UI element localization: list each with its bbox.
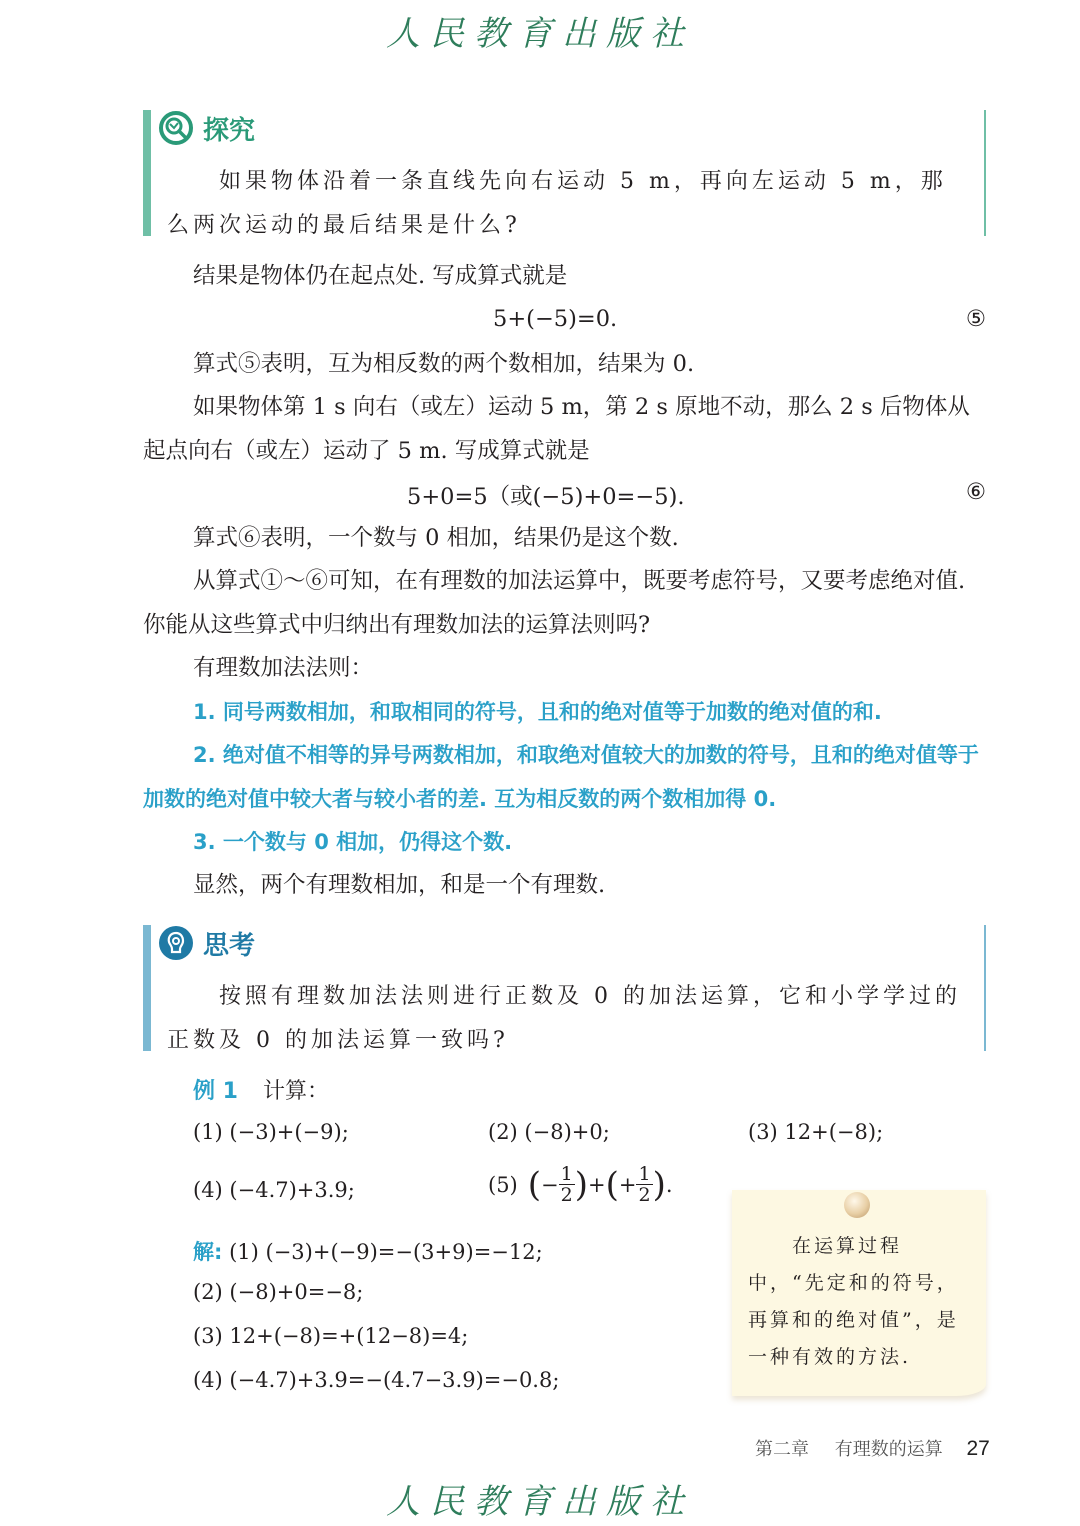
publisher-watermark-bottom: 人民教育出版社 — [0, 1474, 1080, 1523]
explore-box-text: 如果物体沿着一条直线先向右运动 5 m，再向左运动 5 m，那么两次运动的最后结… — [167, 160, 962, 248]
footer-chapter: 第二章 — [755, 1439, 809, 1460]
formula-5: 5+(−5)=0. ⑤ — [143, 306, 988, 336]
solution-1-text: (1) (−3)+(−9)=−(3+9)=−12; — [229, 1240, 543, 1264]
paragraph-result: 结果是物体仍在起点处. 写成算式就是 — [143, 254, 988, 298]
solution-2: (2) (−8)+0=−8; — [193, 1280, 363, 1304]
problem-5-end: . — [666, 1173, 673, 1197]
solution-label: 解: — [193, 1240, 222, 1264]
explore-box-right-bar — [984, 110, 986, 236]
page-footer: 第二章 有理数的运算 27 — [755, 1435, 990, 1461]
fraction-2: 1 2 — [636, 1164, 652, 1205]
problem-3: (3) 12+(−8); — [748, 1120, 883, 1144]
problem-5-plus: + — [588, 1173, 606, 1197]
paragraph-summary-question: 从算式①～⑥可知，在有理数的加法运算中，既要考虑符号，又要考虑绝对值. 你能从这… — [143, 559, 988, 647]
fraction-2-numerator: 1 — [636, 1164, 652, 1185]
think-box-text: 按照有理数加法法则进行正数及 0 的加法运算，它和小学学过的正数及 0 的加法运… — [167, 975, 962, 1063]
rule-1: 1. 同号两数相加，和取相同的符号，且和的绝对值等于加数的绝对值的和. — [143, 690, 988, 734]
rules-heading: 有理数加法法则： — [143, 646, 988, 690]
think-box-right-bar — [984, 925, 986, 1051]
side-note-text: 在运算过程中，“先定和的符号，再算和的绝对值”，是一种有效的方法. — [748, 1228, 974, 1376]
formula-6: 5+0=5（或(−5)+0=−5). ⑥ — [143, 479, 988, 509]
rule-2: 2. 绝对值不相等的异号两数相加，和取绝对值较大的加数的符号，且和的绝对值等于加… — [143, 733, 988, 821]
paren-close: ) — [575, 1165, 588, 1205]
formula-5-expression: 5+(−5)=0. — [493, 306, 617, 332]
publisher-watermark-top: 人民教育出版社 — [0, 6, 1080, 55]
think-box-header: 思考 — [159, 925, 255, 961]
think-box: 思考 按照有理数加法法则进行正数及 0 的加法运算，它和小学学过的正数及 0 的… — [143, 925, 986, 1051]
think-box-left-bar — [143, 925, 151, 1051]
solution-1: 解: (1) (−3)+(−9)=−(3+9)=−12; — [193, 1236, 543, 1266]
rule-3: 3. 一个数与 0 相加，仍得这个数. — [143, 820, 988, 864]
lightbulb-head-icon — [159, 926, 193, 960]
fraction-1-numerator: 1 — [559, 1164, 575, 1185]
footer-section: 有理数的运算 — [835, 1439, 943, 1460]
example-task: 计算： — [263, 1079, 329, 1104]
example-heading: 例 1 计算： — [193, 1074, 329, 1105]
problem-5: (5) ( − 1 2 ) + ( + 1 2 ) . — [488, 1164, 673, 1205]
pushpin-icon — [844, 1192, 870, 1218]
paren-close-2: ) — [653, 1165, 666, 1205]
problem-4: (4) (−4.7)+3.9; — [193, 1178, 355, 1202]
page-number: 27 — [966, 1437, 989, 1460]
formula-6-number: ⑥ — [966, 479, 986, 505]
formula-5-number: ⑤ — [966, 306, 986, 332]
paragraph-stationary: 如果物体第 1 s 向右（或左）运动 5 m，第 2 s 原地不动，那么 2 s… — [143, 385, 988, 473]
problem-2: (2) (−8)+0; — [488, 1120, 610, 1144]
explore-box-left-bar — [143, 110, 151, 236]
think-box-title: 思考 — [203, 925, 255, 962]
explore-box-header: 探究 — [159, 110, 255, 146]
paragraph-formula5-meaning: 算式⑤表明，互为相反数的两个数相加，结果为 0. — [143, 342, 988, 386]
paragraph-formula6-meaning: 算式⑥表明，一个数与 0 相加，结果仍是这个数. — [143, 516, 988, 560]
magnifier-icon — [159, 111, 193, 145]
solution-4: (4) (−4.7)+3.9=−(4.7−3.9)=−0.8; — [193, 1368, 559, 1392]
problem-5-prefix: (5) — [488, 1173, 518, 1197]
paren-open: ( — [528, 1165, 541, 1205]
fraction-1: 1 2 — [559, 1164, 575, 1205]
explore-box: 探究 如果物体沿着一条直线先向右运动 5 m，再向左运动 5 m，那么两次运动的… — [143, 110, 986, 236]
problem-5-sign-2: + — [619, 1173, 637, 1197]
fraction-2-denominator: 2 — [636, 1185, 652, 1205]
problem-5-sign-1: − — [541, 1173, 559, 1197]
example-label: 例 1 — [193, 1079, 238, 1104]
explore-box-title: 探究 — [203, 110, 255, 147]
solution-3: (3) 12+(−8)=+(12−8)=4; — [193, 1324, 468, 1348]
paren-open-2: ( — [606, 1165, 619, 1205]
side-note: 在运算过程中，“先定和的符号，再算和的绝对值”，是一种有效的方法. — [732, 1190, 986, 1396]
problem-1: (1) (−3)+(−9); — [193, 1120, 349, 1144]
formula-6-expression: 5+0=5（或(−5)+0=−5). — [407, 479, 685, 511]
paragraph-closure: 显然，两个有理数相加，和是一个有理数. — [143, 863, 988, 907]
fraction-1-denominator: 2 — [559, 1185, 575, 1205]
